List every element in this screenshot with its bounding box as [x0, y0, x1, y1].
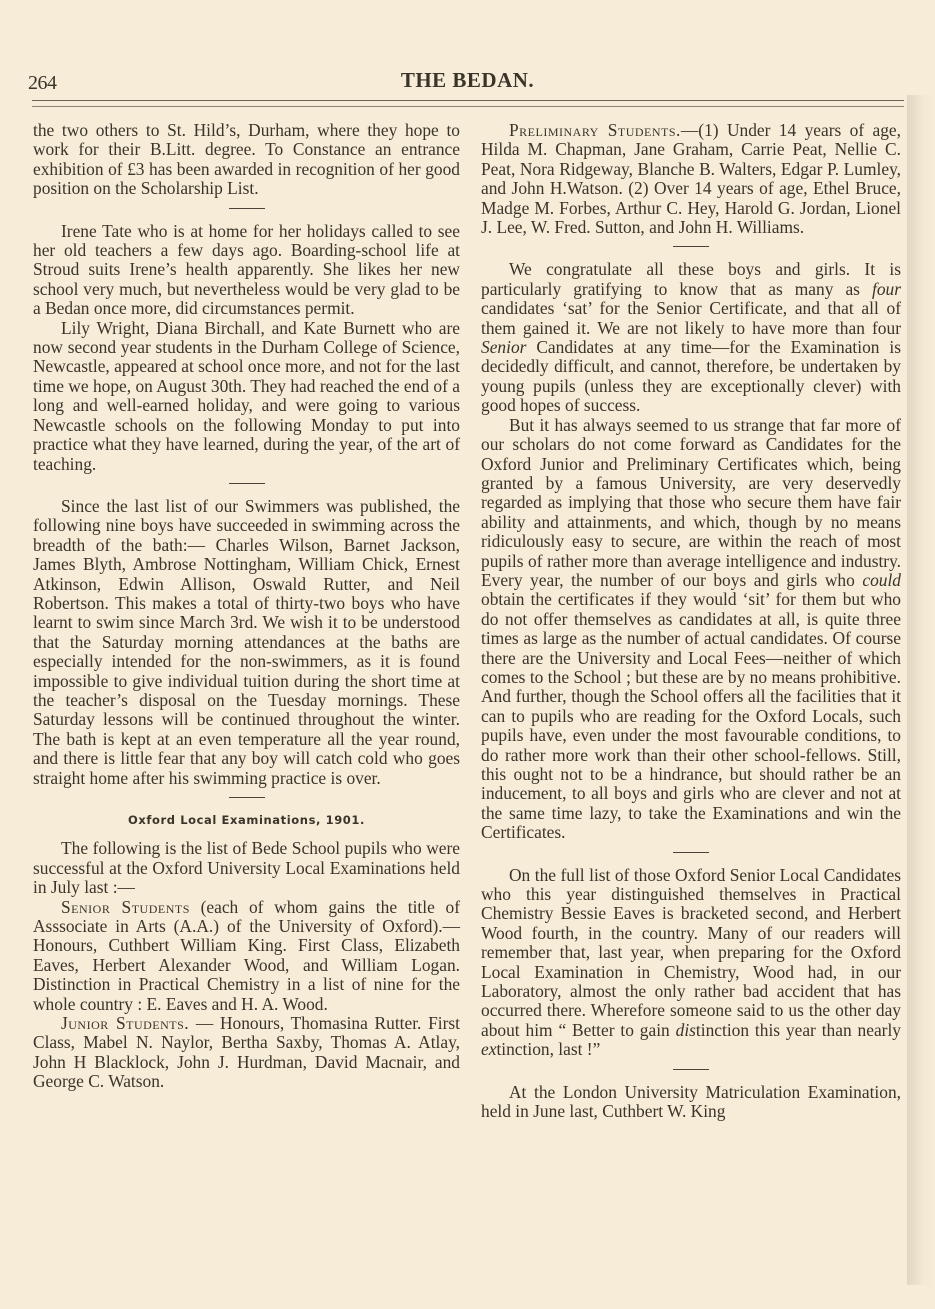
emphasis: Senior	[481, 337, 526, 357]
paragraph: Senior Students (each of whom gains the …	[33, 898, 460, 1014]
paragraph: We congratulate all these boys and girls…	[481, 260, 901, 415]
paragraph: The following is the list of Bede School…	[33, 839, 460, 897]
preliminary-students-label: Preliminary Students.	[509, 120, 681, 140]
section-separator	[673, 852, 709, 853]
header-double-rule	[32, 100, 904, 107]
paragraph: the two others to St. Hild’s, Durham, wh…	[33, 121, 460, 199]
paragraph: Lily Wright, Diana Birchall, and Kate Bu…	[33, 319, 460, 474]
paragraph: Preliminary Students.—(1) Under 14 years…	[481, 121, 901, 237]
page-header: 264 THE BEDAN.	[0, 68, 935, 98]
right-column: Preliminary Students.—(1) Under 14 years…	[481, 121, 901, 1122]
emphasis: could	[862, 570, 901, 590]
paragraph: At the London University Matriculation E…	[481, 1083, 901, 1122]
section-separator	[229, 797, 265, 798]
running-title: THE BEDAN.	[0, 68, 935, 93]
junior-students-label: Junior Students.	[61, 1013, 189, 1033]
emphasis: four	[872, 279, 901, 299]
page-edge-shadow	[907, 95, 935, 1285]
section-heading: Oxford Local Examinations, 1901.	[33, 811, 460, 830]
left-column: the two others to St. Hild’s, Durham, wh…	[33, 121, 460, 1092]
paragraph: Irene Tate who is at home for her holida…	[33, 222, 460, 319]
section-separator	[673, 246, 709, 247]
paragraph: On the full list of those Oxford Senior …	[481, 866, 901, 1060]
section-separator	[229, 208, 265, 209]
section-separator	[229, 483, 265, 484]
paragraph: Junior Students. — Honours, Thomasina Ru…	[33, 1014, 460, 1092]
section-separator	[673, 1069, 709, 1070]
emphasis: dis	[676, 1020, 696, 1040]
emphasis: ex	[481, 1039, 496, 1059]
paragraph: Since the last list of our Swimmers was …	[33, 497, 460, 788]
senior-students-label: Senior Students	[61, 897, 190, 917]
paragraph: But it has always seemed to us strange t…	[481, 416, 901, 843]
